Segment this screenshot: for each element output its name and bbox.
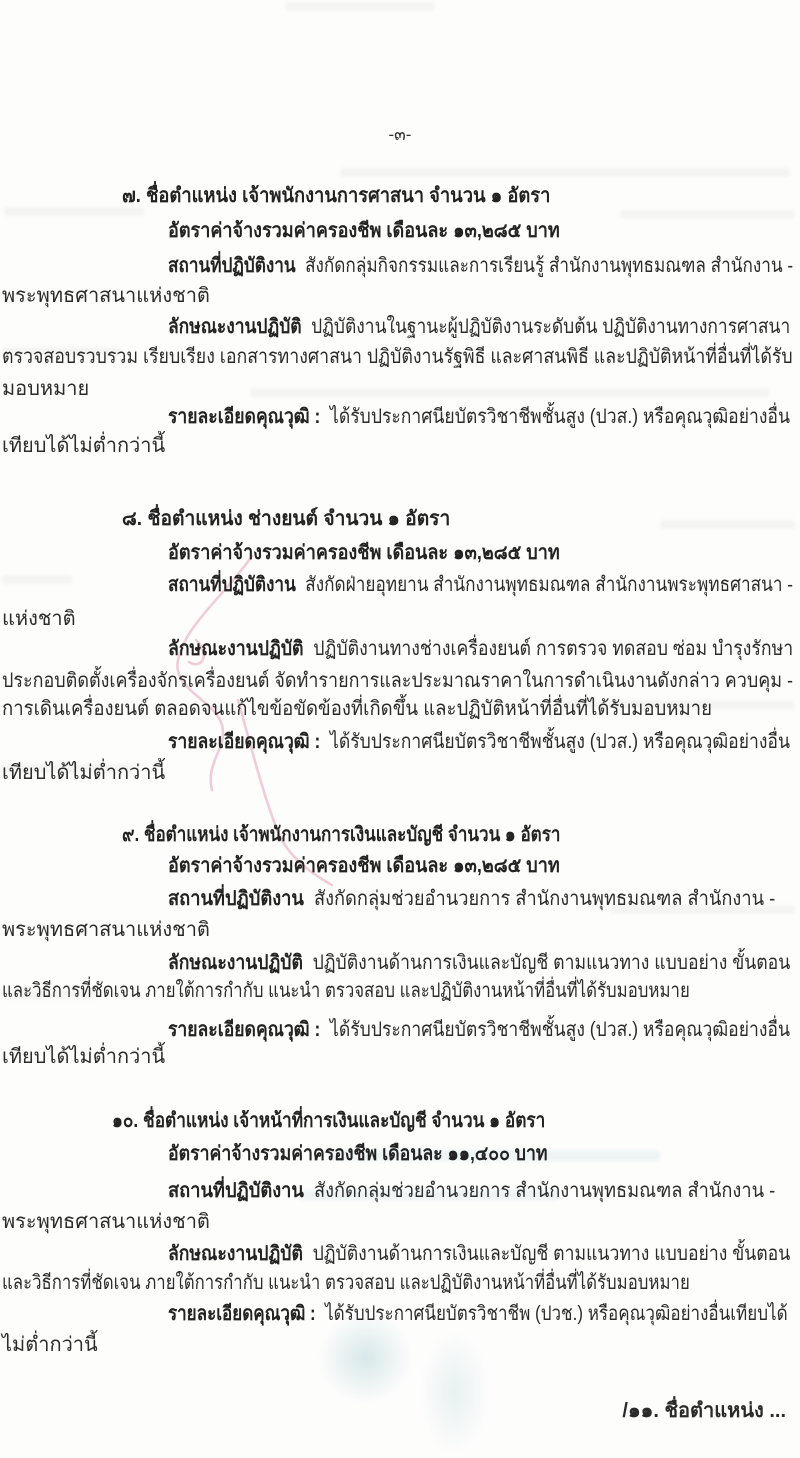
location-label: สถานที่ปฏิบัติงาน <box>168 574 296 596</box>
duties-text: ปฏิบัติงานด้านการเงินและบัญชี ตามแนวทาง … <box>313 1243 791 1265</box>
duties-cont-text: มอบหมาย <box>2 378 89 400</box>
duties-cont-text: ตรวจสอบรวบรวม เรียบเรียง เอกสารทางศาสนา … <box>2 346 793 368</box>
position-8-salary: อัตราค่าจ้างรวมค่าครองชีพ เดือนละ ๑๓,๒๘๕… <box>168 538 560 568</box>
duties-cont-text: การเดินเครื่องยนต์ ตลอดจนแก้ไขข้อขัดข้อง… <box>2 698 712 720</box>
location-label: สถานที่ปฏิบัติงาน <box>168 1180 304 1202</box>
position-title: ๑๐. ชื่อตำแหน่ง เจ้าหน้าที่การเงินและบัญ… <box>112 1110 545 1132</box>
position-10-qualification: รายละเอียดคุณวุฒิ :ได้รับประกาศนียบัตรวิ… <box>168 1299 788 1329</box>
position-8-duties: ลักษณะงานปฏิบัติปฏิบัติงานทางช่างเครื่อง… <box>168 634 793 664</box>
position-title: ๘. ชื่อตำแหน่ง ช่างยนต์ จำนวน ๑ อัตรา <box>122 508 450 530</box>
qualification-text: ได้รับประกาศนียบัตรวิชาชีพชั้นสูง (ปวส.)… <box>330 1019 790 1041</box>
position-7-salary: อัตราค่าจ้างรวมค่าครองชีพ เดือนละ ๑๓,๒๘๕… <box>168 216 560 246</box>
location-cont-text: พระพุทธศาสนาแห่งชาติ <box>2 285 210 307</box>
location-label: สถานที่ปฏิบัติงาน <box>168 255 296 277</box>
duties-cont-text: และวิธีการที่ชัดเจน ภายใต้การกำกับ แนะนำ… <box>2 980 690 1002</box>
qualification-text: ได้รับประกาศนียบัตรวิชาชีพชั้นสูง (ปวส.)… <box>330 406 790 428</box>
duties-text: ปฏิบัติงานด้านการเงินและบัญชี ตามแนวทาง … <box>313 952 791 974</box>
position-9-location: สถานที่ปฏิบัติงานสังกัดกลุ่มช่วยอำนวยการ… <box>168 884 775 914</box>
duties-label: ลักษณะงานปฏิบัติ <box>168 1243 303 1265</box>
qualification-label: รายละเอียดคุณวุฒิ : <box>168 406 320 428</box>
salary-text: อัตราค่าจ้างรวมค่าครองชีพ เดือนละ ๑๑,๔๐๐… <box>168 1143 548 1165</box>
location-cont-text: พระพุทธศาสนาแห่งชาติ <box>2 1211 210 1233</box>
position-10-location-cont: พระพุทธศาสนาแห่งชาติ <box>2 1207 210 1237</box>
position-9-heading: ๙. ชื่อตำแหน่ง เจ้าพนักงานการเงินและบัญช… <box>122 820 560 850</box>
bleedthrough-artifact <box>285 2 435 11</box>
location-cont-text: พระพุทธศาสนาแห่งชาติ <box>2 919 210 941</box>
position-7-location-cont: พระพุทธศาสนาแห่งชาติ <box>2 281 210 311</box>
position-8-duties-cont2: การเดินเครื่องยนต์ ตลอดจนแก้ไขข้อขัดข้อง… <box>2 694 712 724</box>
qualification-text: ได้รับประกาศนียบัตรวิชาชีพชั้นสูง (ปวส.)… <box>330 731 790 753</box>
duties-cont-text: ประกอบติดตั้งเครื่องจักรเครื่องยนต์ จัดท… <box>2 670 793 692</box>
bleedthrough-artifact <box>2 575 72 584</box>
qualification-label: รายละเอียดคุณวุฒิ : <box>168 731 320 753</box>
bleedthrough-artifact <box>250 388 770 397</box>
qualification-cont-text: ไม่ต่ำกว่านี้ <box>2 1334 98 1356</box>
qualification-cont-text: เทียบได้ไม่ต่ำกว่านี้ <box>2 1046 165 1068</box>
bleedthrough-artifact <box>660 520 795 529</box>
duties-text: ปฏิบัติงานทางช่างเครื่องยนต์ การตรวจ ทดส… <box>313 638 793 660</box>
position-8-location-cont: แห่งชาติ <box>2 604 76 634</box>
duties-text: ปฏิบัติงานในฐานะผู้ปฏิบัติงานระดับต้น ปฏ… <box>311 316 790 338</box>
duties-cont-text: และวิธีการที่ชัดเจน ภายใต้การกำกับ แนะนำ… <box>2 1272 690 1294</box>
qualification-label: รายละเอียดคุณวุฒิ : <box>168 1303 316 1325</box>
duties-label: ลักษณะงานปฏิบัติ <box>168 952 303 974</box>
duties-label: ลักษณะงานปฏิบัติ <box>168 316 302 338</box>
salary-text: อัตราค่าจ้างรวมค่าครองชีพ เดือนละ ๑๓,๒๘๕… <box>168 855 560 877</box>
bleedthrough-artifact <box>620 210 795 219</box>
position-9-qualification-cont: เทียบได้ไม่ต่ำกว่านี้ <box>2 1042 165 1072</box>
qualification-cont-text: เทียบได้ไม่ต่ำกว่านี้ <box>2 762 165 784</box>
location-text: สังกัดกลุ่มช่วยอำนวยการ สำนักงานพุทธมณฑล… <box>314 888 775 910</box>
position-7-duties-cont2: มอบหมาย <box>2 374 89 404</box>
position-10-location: สถานที่ปฏิบัติงานสังกัดกลุ่มช่วยอำนวยการ… <box>168 1176 775 1206</box>
position-10-heading: ๑๐. ชื่อตำแหน่ง เจ้าหน้าที่การเงินและบัญ… <box>112 1106 545 1136</box>
position-8-duties-cont1: ประกอบติดตั้งเครื่องจักรเครื่องยนต์ จัดท… <box>2 666 793 696</box>
teal-watermark <box>420 1330 490 1455</box>
position-7-location: สถานที่ปฏิบัติงานสังกัดกลุ่มกิจกรรมและกา… <box>168 251 793 281</box>
position-9-duties: ลักษณะงานปฏิบัติปฏิบัติงานด้านการเงินและ… <box>168 948 790 978</box>
position-title: ๙. ชื่อตำแหน่ง เจ้าพนักงานการเงินและบัญช… <box>122 824 560 846</box>
qualification-text: ได้รับประกาศนียบัตรวิชาชีพ (ปวช.) หรือคุ… <box>325 1303 788 1325</box>
position-8-heading: ๘. ชื่อตำแหน่ง ช่างยนต์ จำนวน ๑ อัตรา <box>122 504 450 534</box>
position-10-salary: อัตราค่าจ้างรวมค่าครองชีพ เดือนละ ๑๑,๔๐๐… <box>168 1139 548 1169</box>
location-text: สังกัดฝ่ายอุทยาน สำนักงานพุทธมณฑล สำนักง… <box>305 574 793 596</box>
position-title: ๗. ชื่อตำแหน่ง เจ้าพนักงานการศาสนา จำนวน… <box>122 185 550 207</box>
position-7-duties: ลักษณะงานปฏิบัติปฏิบัติงานในฐานะผู้ปฏิบั… <box>168 312 790 342</box>
location-text: สังกัดกลุ่มช่วยอำนวยการ สำนักงานพุทธมณฑล… <box>314 1180 775 1202</box>
position-10-qualification-cont: ไม่ต่ำกว่านี้ <box>2 1330 98 1360</box>
location-cont-text: แห่งชาติ <box>2 608 76 630</box>
next-page-marker: /๑๑. ชื่อตำแหน่ง ... <box>622 1396 786 1426</box>
position-9-location-cont: พระพุทธศาสนาแห่งชาติ <box>2 915 210 945</box>
qualification-cont-text: เทียบได้ไม่ต่ำกว่านี้ <box>2 435 165 457</box>
scanned-document-page: -๓- ๗. ชื่อตำแหน่ง เจ้าพนักงานการศาสนา จ… <box>0 0 800 1458</box>
location-label: สถานที่ปฏิบัติงาน <box>168 888 304 910</box>
position-10-duties-cont1: และวิธีการที่ชัดเจน ภายใต้การกำกับ แนะนำ… <box>2 1268 690 1298</box>
salary-text: อัตราค่าจ้างรวมค่าครองชีพ เดือนละ ๑๓,๒๘๕… <box>168 542 560 564</box>
location-text: สังกัดกลุ่มกิจกรรมและการเรียนรู้ สำนักงา… <box>305 255 793 277</box>
position-7-duties-cont1: ตรวจสอบรวบรวม เรียบเรียง เอกสารทางศาสนา … <box>2 342 793 372</box>
position-7-heading: ๗. ชื่อตำแหน่ง เจ้าพนักงานการศาสนา จำนวน… <box>122 181 550 211</box>
position-8-qualification: รายละเอียดคุณวุฒิ :ได้รับประกาศนียบัตรวิ… <box>168 727 790 757</box>
position-9-salary: อัตราค่าจ้างรวมค่าครองชีพ เดือนละ ๑๓,๒๘๕… <box>168 851 560 881</box>
salary-text: อัตราค่าจ้างรวมค่าครองชีพ เดือนละ ๑๓,๒๘๕… <box>168 220 560 242</box>
qualification-label: รายละเอียดคุณวุฒิ : <box>168 1019 320 1041</box>
position-9-duties-cont1: และวิธีการที่ชัดเจน ภายใต้การกำกับ แนะนำ… <box>2 976 690 1006</box>
position-9-qualification: รายละเอียดคุณวุฒิ :ได้รับประกาศนียบัตรวิ… <box>168 1015 790 1045</box>
position-7-qualification: รายละเอียดคุณวุฒิ :ได้รับประกาศนียบัตรวิ… <box>168 402 790 432</box>
position-8-qualification-cont: เทียบได้ไม่ต่ำกว่านี้ <box>2 758 165 788</box>
position-8-location: สถานที่ปฏิบัติงานสังกัดฝ่ายอุทยาน สำนักง… <box>168 570 793 600</box>
position-7-qualification-cont: เทียบได้ไม่ต่ำกว่านี้ <box>2 431 165 461</box>
page-number: -๓- <box>0 120 800 150</box>
position-10-duties: ลักษณะงานปฏิบัติปฏิบัติงานด้านการเงินและ… <box>168 1239 790 1269</box>
bleedthrough-artifact <box>340 168 790 177</box>
duties-label: ลักษณะงานปฏิบัติ <box>168 638 304 660</box>
